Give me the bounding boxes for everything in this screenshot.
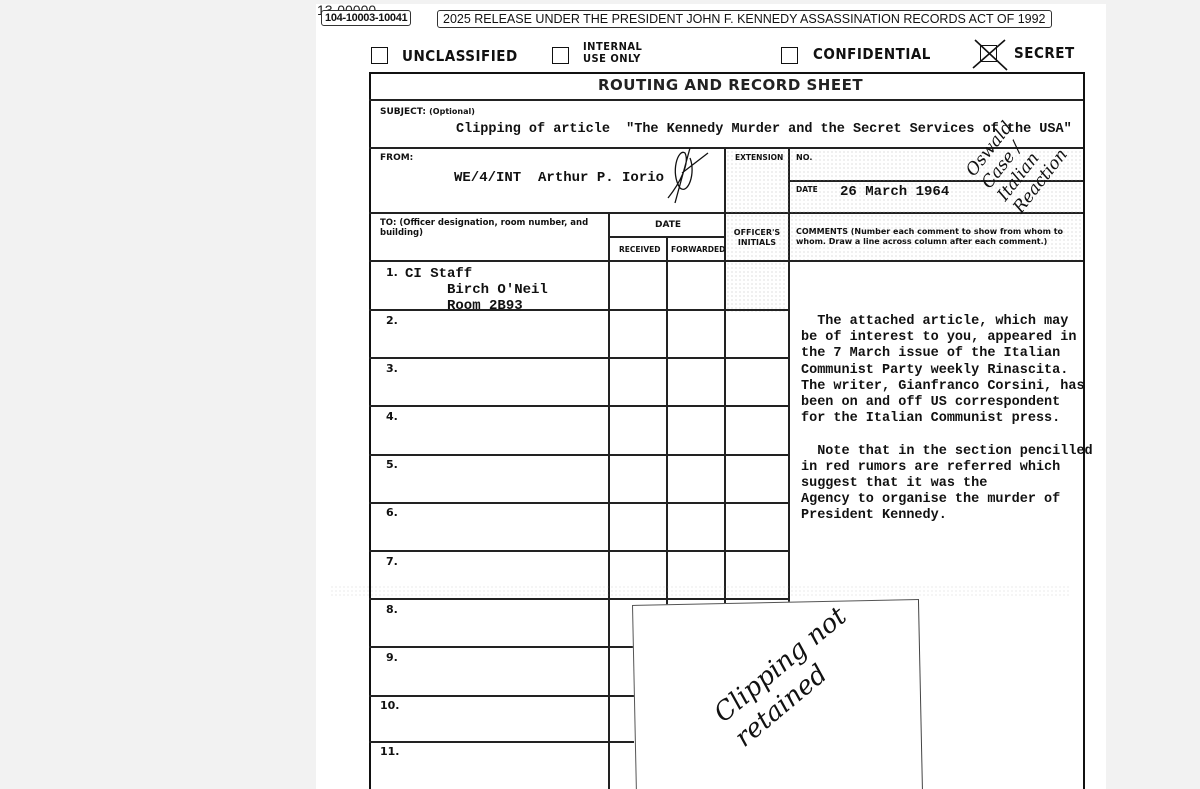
row-number: 9.	[386, 651, 398, 664]
date-value: 26 March 1964	[840, 184, 949, 200]
comments-header: COMMENTS (Number each comment to show fr…	[796, 227, 1076, 247]
form-title: ROUTING AND RECORD SHEET	[598, 76, 863, 94]
no-label: NO.	[796, 153, 812, 162]
from-label: FROM:	[380, 153, 413, 163]
signature-mark-icon	[660, 143, 710, 208]
extension-label: EXTENSION	[735, 153, 783, 162]
officers-initials-header: OFFICER'S INITIALS	[731, 228, 783, 248]
row-number: 6.	[386, 506, 398, 519]
forwarded-header: FORWARDED	[671, 245, 725, 254]
record-id-stamp: 104-10003-10041	[321, 10, 411, 26]
comments-text: The attached article, which may be of in…	[801, 314, 1101, 525]
route-to-entry: CI Staff Birch O'Neil Room 2B93	[405, 266, 548, 314]
subject-value: Clipping of article "The Kennedy Murder …	[456, 122, 1072, 137]
row-number: 8.	[386, 603, 398, 616]
received-header: RECEIVED	[619, 245, 660, 254]
row-number: 1.	[386, 266, 398, 279]
release-banner: 2025 RELEASE UNDER THE PRESIDENT JOHN F.…	[437, 10, 1052, 28]
row-number: 7.	[386, 555, 398, 568]
checkbox-unclassified	[371, 47, 388, 64]
classification-secret: SECRET	[1014, 44, 1075, 62]
date-label: DATE	[796, 185, 818, 194]
checkbox-confidential	[781, 47, 798, 64]
subject-label: SUBJECT: (Optional)	[380, 107, 475, 117]
x-mark-icon	[969, 38, 1009, 72]
classification-internal-use-only: INTERNAL USE ONLY	[583, 41, 642, 65]
checkbox-secret	[980, 45, 997, 62]
classification-unclassified: UNCLASSIFIED	[402, 47, 518, 65]
from-value: WE/4/INT Arthur P. Iorio	[454, 170, 664, 186]
classification-confidential: CONFIDENTIAL	[813, 45, 931, 63]
date-header: DATE	[655, 220, 681, 230]
to-header: TO: (Officer designation, room number, a…	[380, 218, 605, 238]
row-number: 3.	[386, 362, 398, 375]
row-number: 4.	[386, 410, 398, 423]
row-number: 10.	[380, 699, 400, 712]
checkbox-internal-use-only	[552, 47, 569, 64]
row-number: 2.	[386, 314, 398, 327]
row-number: 5.	[386, 458, 398, 471]
row-number: 11.	[380, 745, 400, 758]
